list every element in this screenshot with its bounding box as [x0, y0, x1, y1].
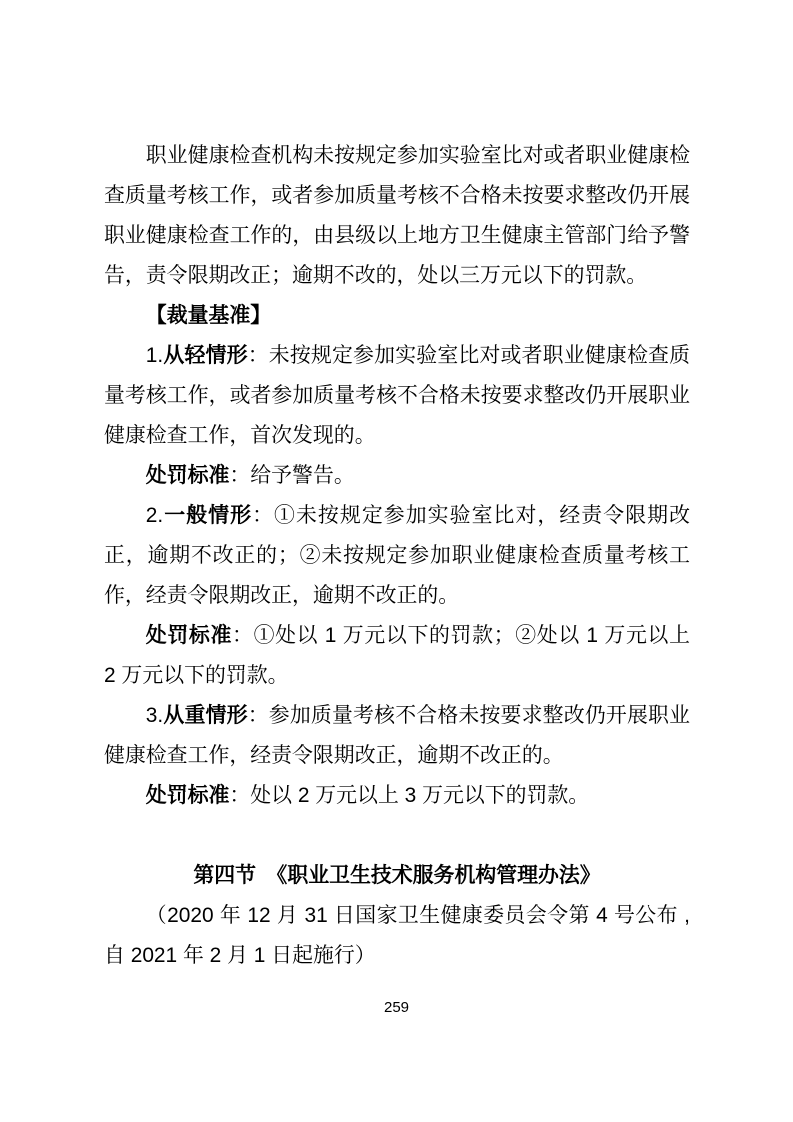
item-1-penalty-label: 处罚标准 — [146, 464, 230, 487]
page-footer: 259 — [0, 998, 793, 1018]
item-3-paragraph: 3.从重情形：参加质量考核不合格未按要求整改仍开展职业健康检查工作，经责令限期改… — [104, 696, 690, 776]
item-1-label: 从轻情形 — [163, 344, 247, 367]
intro-paragraph: 职业健康检查机构未按规定参加实验室比对或者职业健康检查质量考核工作，或者参加质量… — [104, 136, 690, 296]
item-1-penalty-text: ：给予警告。 — [229, 464, 354, 487]
item-2-label: 一般情形 — [163, 504, 252, 527]
page-number: 259 — [384, 999, 409, 1016]
item-1-paragraph: 1.从轻情形：未按规定参加实验室比对或者职业健康检查质量考核工作，或者参加质量考… — [104, 336, 690, 456]
item-2-number: 2. — [146, 504, 163, 527]
section-heading: 第四节 《职业卫生技术服务机构管理办法》 — [104, 856, 690, 896]
item-1-penalty-paragraph: 处罚标准：给予警告。 — [104, 456, 690, 496]
promulgation-paragraph: （2020 年 12 月 31 日国家卫生健康委员会令第 4 号公布 ,自 20… — [104, 896, 690, 976]
item-3-penalty-text: ：处以 2 万元以上 3 万元以下的罚款。 — [229, 784, 589, 807]
document-page: 职业健康检查机构未按规定参加实验室比对或者职业健康检查质量考核工作，或者参加质量… — [104, 136, 690, 976]
item-2-penalty-paragraph: 处罚标准：①处以 1 万元以下的罚款；②处以 1 万元以上 2 万元以下的罚款。 — [104, 616, 690, 696]
item-1-number: 1. — [146, 344, 163, 367]
item-3-penalty-label: 处罚标准 — [146, 784, 230, 807]
basis-heading: 【裁量基准】 — [104, 296, 690, 336]
item-3-number: 3. — [146, 704, 163, 727]
item-2-penalty-label: 处罚标准 — [146, 624, 232, 647]
item-2-paragraph: 2.一般情形：①未按规定参加实验室比对，经责令限期改正，逾期不改正的；②未按规定… — [104, 496, 690, 616]
item-3-label: 从重情形 — [163, 704, 247, 727]
item-3-penalty-paragraph: 处罚标准：处以 2 万元以上 3 万元以下的罚款。 — [104, 776, 690, 816]
